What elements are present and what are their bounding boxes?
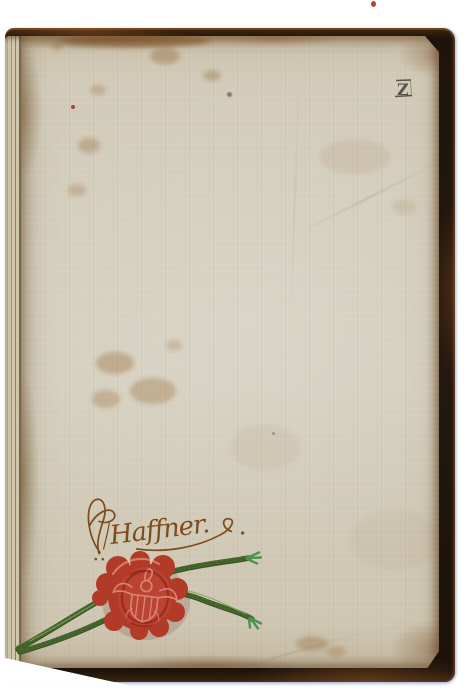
cord-upper-tip — [247, 553, 261, 564]
ink-period — [241, 531, 245, 535]
mark-bottom-bar — [395, 96, 412, 97]
mark-side-stroke — [411, 81, 412, 95]
photograph-background: Z Haffner. — [0, 0, 470, 700]
corner-ink-mark: Z — [395, 80, 412, 99]
ink-dot — [101, 558, 104, 561]
cord-lower-tip — [249, 618, 261, 629]
initial-loop — [86, 499, 110, 555]
wax-seal — [92, 551, 190, 640]
ink-dot — [94, 558, 97, 561]
owner-inscription: Haffner. — [86, 482, 245, 562]
mark-top-bar — [396, 80, 411, 81]
page-artwork: Z Haffner. — [0, 0, 470, 700]
